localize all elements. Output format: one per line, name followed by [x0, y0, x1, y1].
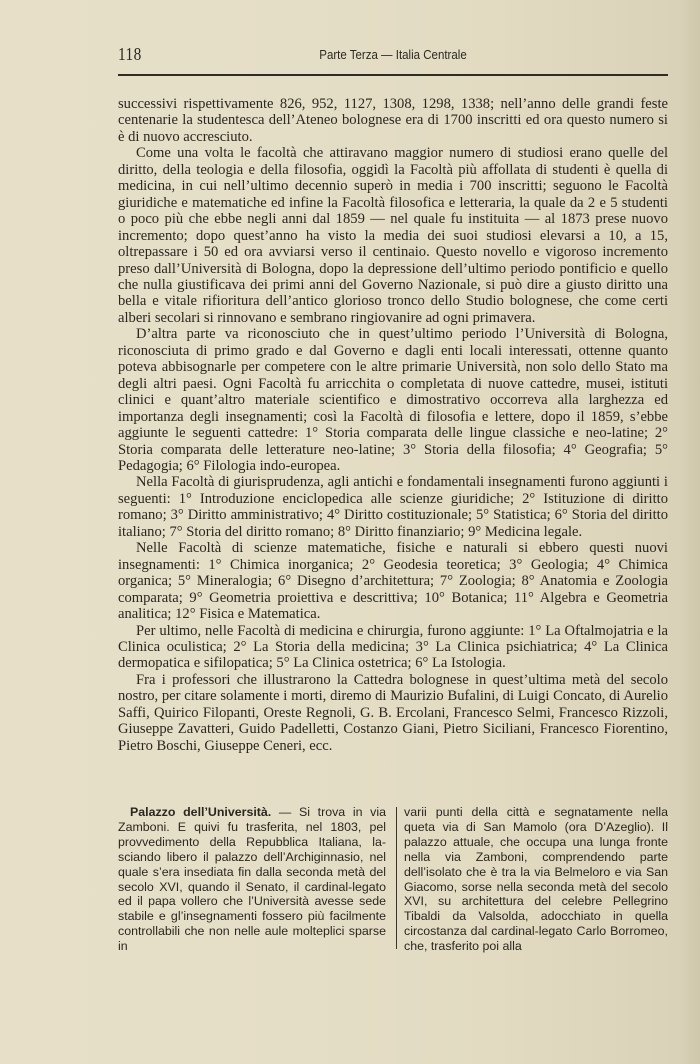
page-number: 118 [118, 44, 142, 65]
paragraph-medicine-chairs: Per ultimo, nelle Facoltà di medicina e … [118, 623, 668, 672]
note-left-text: — Si trova in via Zamboni. E quivi fu tr… [118, 805, 386, 953]
paragraph-science-chairs: Nelle Facoltà di scienze matematiche, fi… [118, 540, 668, 622]
paragraph-law-chairs: Nella Facoltà di giurisprudenza, agli an… [118, 474, 668, 540]
paragraph-professors: Fra i professori che illustrarono la Cat… [118, 672, 668, 754]
paragraph-philosophy-chairs: D’altra parte va riconosciuto che in que… [118, 326, 668, 474]
paragraph-faculties: Come una volta le facoltà che attiravano… [118, 145, 668, 326]
note-right-text: varii punti della città e segnatamente n… [404, 805, 668, 954]
notes-left-column: Palazzo dell’Università. — Si trova in v… [118, 805, 386, 954]
running-title: Parte Terza — Italia Centrale [140, 48, 646, 62]
note-heading: Palazzo dell’Università. [130, 805, 271, 819]
header-rule [118, 74, 668, 76]
note-left-paragraph: Palazzo dell’Università. — Si trova in v… [118, 805, 386, 954]
notes-right-column: varii punti della città e segnatamente n… [404, 805, 668, 954]
main-body-text: successivi rispettivamente 826, 952, 112… [118, 96, 668, 754]
column-divider [396, 807, 397, 949]
paragraph-continuation: successivi rispettivamente 826, 952, 112… [118, 96, 668, 145]
running-head: 118 Parte Terza — Italia Centrale [118, 44, 668, 70]
